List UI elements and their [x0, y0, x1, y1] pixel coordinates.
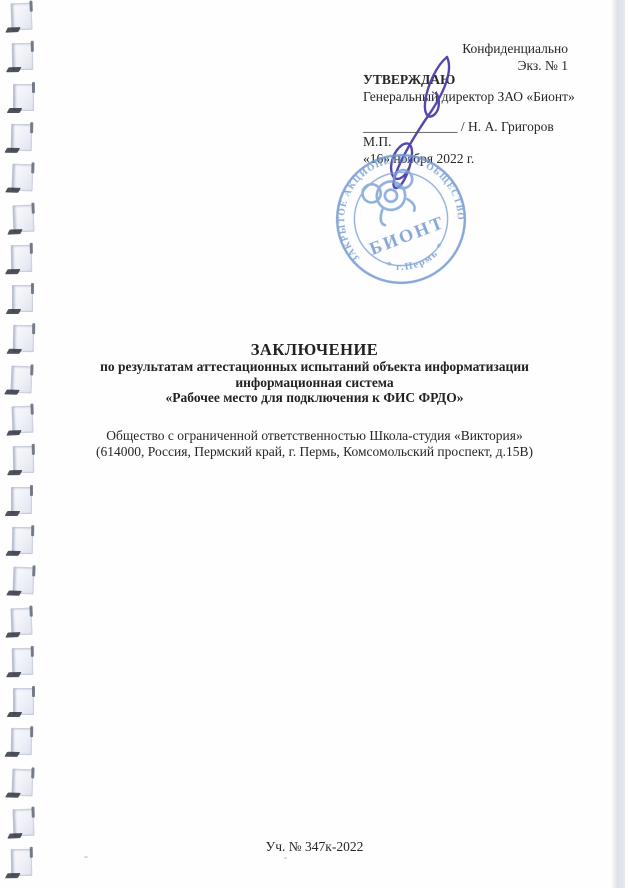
document-title: ЗАКЛЮЧЕНИЕ: [0, 341, 629, 359]
binding-hole: [11, 245, 33, 272]
organization-address: (614000, Россия, Пермский край, г. Пермь…: [0, 444, 629, 460]
registration-number: Уч. № 347к-2022: [0, 839, 629, 855]
binding-hole: [12, 809, 34, 837]
title-line3: информационная система: [0, 375, 629, 391]
binding-hole: [11, 768, 33, 796]
binding-hole: [13, 688, 34, 715]
binding-hole: [12, 43, 34, 70]
binding-hole: [11, 164, 33, 192]
signer-name: / Н. А. Григоров: [461, 119, 554, 134]
organization-name: Общество с ограниченной ответственностью…: [0, 428, 629, 444]
binding-hole: [12, 648, 34, 675]
binding-hole: [11, 728, 33, 755]
binding-hole: [10, 607, 32, 635]
scan-noise-speck: [84, 856, 88, 858]
scanned-document-page: Конфиденциально Экз. № 1 УТВЕРЖДАЮ Генер…: [0, 0, 629, 888]
title-line4: «Рабочее место для подключения к ФИС ФРД…: [0, 390, 629, 406]
binding-hole: [12, 285, 33, 312]
binding-hole: [11, 487, 32, 514]
binding-hole: [12, 527, 34, 554]
binding-hole: [12, 204, 34, 232]
document-title-block: ЗАКЛЮЧЕНИЕ по результатам аттестационных…: [0, 341, 629, 406]
scan-noise-speck: [284, 857, 287, 859]
binding-hole: [11, 124, 33, 151]
binding-hole: [10, 3, 32, 31]
stamp-elephant-logo: [359, 167, 425, 228]
binding-hole: [13, 84, 34, 111]
organization-block: Общество с ограниченной ответственностью…: [0, 428, 629, 460]
title-line2: по результатам аттестационных испытаний …: [0, 359, 629, 375]
binding-hole: [12, 567, 34, 595]
